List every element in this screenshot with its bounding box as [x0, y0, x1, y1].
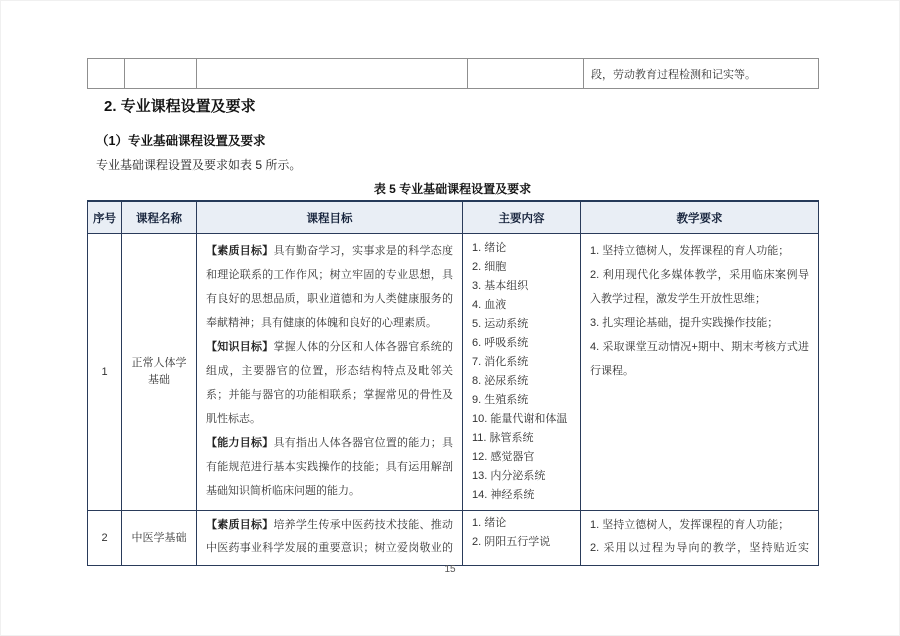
contents-list: 1. 绪论2. 阴阳五行学说: [463, 511, 580, 558]
objective-label: 【素质目标】: [206, 245, 273, 257]
requirements-cell: 1. 坚持立德树人，发挥课程的育人功能；2. 利用现代化多媒体教学，采用临床案例…: [581, 234, 819, 511]
contents-cell: 1. 绪论2. 细胞3. 基本组织4. 血液5. 运动系统6. 呼吸系统7. 消…: [463, 234, 581, 511]
content-item: 1. 绪论: [472, 239, 571, 258]
course-name-cell: 中医学基础: [122, 511, 197, 566]
content-item: 4. 血液: [472, 296, 571, 315]
requirement-item: 2. 采用以过程为导向的教学，坚持贴近实际、: [590, 537, 809, 558]
previous-table-fragment: 段，劳动教育过程检测和记实等。: [87, 58, 819, 89]
requirement-item: 2. 利用现代化多媒体教学，采用临床案例导入教学过程，激发学生开放性思维；: [590, 263, 809, 311]
content-item: 12. 感觉器官: [472, 448, 571, 467]
seq-cell: 2: [88, 511, 122, 566]
seq-cell: 1: [88, 234, 122, 511]
content-item: 13. 内分泌系统: [472, 467, 571, 486]
content-item: 3. 基本组织: [472, 277, 571, 296]
empty-cell: [468, 59, 584, 89]
requirement-item: 3. 扎实理论基础，提升实践操作技能；: [590, 311, 809, 335]
objective-text: 掌握人体的分区和人体各器官系统的组成，主要器官的位置，形态结构特点及毗邻关系；并…: [206, 341, 453, 425]
section-heading: 2. 专业课程设置及要求: [104, 95, 256, 116]
intro-paragraph: 专业基础课程设置及要求如表 5 所示。: [96, 156, 301, 173]
objective-label: 【知识目标】: [206, 341, 273, 353]
objective-label: 【能力目标】: [206, 437, 273, 449]
content-item: 2. 细胞: [472, 258, 571, 277]
previous-table-row: 段，劳动教育过程检测和记实等。: [88, 59, 819, 89]
subsection-heading: （1）专业基础课程设置及要求: [96, 131, 265, 149]
content-item: 6. 呼吸系统: [472, 334, 571, 353]
requirements-list: 1. 坚持立德树人，发挥课程的育人功能；2. 利用现代化多媒体教学，采用临床案例…: [581, 234, 818, 383]
requirement-item: 1. 坚持立德树人，发挥课程的育人功能；: [590, 514, 809, 537]
previous-table-last-cell: 段，劳动教育过程检测和记实等。: [584, 59, 819, 89]
document-page: 段，劳动教育过程检测和记实等。 2. 专业课程设置及要求 （1）专业基础课程设置…: [0, 0, 900, 636]
column-header-course: 课程名称: [122, 201, 197, 234]
requirements-cell: 1. 坚持立德树人，发挥课程的育人功能；2. 采用以过程为导向的教学，坚持贴近实…: [581, 511, 819, 566]
content-item: 10. 能量代谢和体温: [472, 410, 571, 429]
course-table: 序号 课程名称 课程目标 主要内容 教学要求 1 正常人体学基础 【素质目标】具…: [87, 200, 819, 566]
column-header-seq: 序号: [88, 201, 122, 234]
content-item: 14. 神经系统: [472, 486, 571, 505]
course-name-cell: 正常人体学基础: [122, 234, 197, 511]
content-item: 9. 生殖系统: [472, 391, 571, 410]
objective-paragraph: 【能力目标】具有指出人体各器官位置的能力；具有能规范进行基本实践操作的技能；具有…: [206, 431, 453, 503]
requirement-item: 1. 坚持立德树人，发挥课程的育人功能；: [590, 239, 809, 263]
contents-cell: 1. 绪论2. 阴阳五行学说: [463, 511, 581, 566]
contents-list: 1. 绪论2. 细胞3. 基本组织4. 血液5. 运动系统6. 呼吸系统7. 消…: [463, 234, 580, 505]
empty-cell: [88, 59, 125, 89]
column-header-requirements: 教学要求: [581, 201, 819, 234]
column-header-objectives: 课程目标: [197, 201, 463, 234]
requirements-list: 1. 坚持立德树人，发挥课程的育人功能；2. 采用以过程为导向的教学，坚持贴近实…: [581, 511, 818, 558]
objective-paragraph: 【素质目标】具有勤奋学习，实事求是的科学态度和理论联系的工作作风；树立牢固的专业…: [206, 239, 453, 335]
content-item: 8. 泌尿系统: [472, 372, 571, 391]
objective-label: 【素质目标】: [206, 519, 273, 531]
objectives-list: 【素质目标】培养学生传承中医药技术技能、推动中医药事业科学发展的重要意识；树立爱…: [197, 511, 462, 561]
content-item: 5. 运动系统: [472, 315, 571, 334]
empty-cell: [197, 59, 468, 89]
objectives-cell: 【素质目标】培养学生传承中医药技术技能、推动中医药事业科学发展的重要意识；树立爱…: [197, 511, 463, 566]
empty-cell: [125, 59, 197, 89]
table-caption: 表 5 专业基础课程设置及要求: [87, 180, 818, 197]
page-number: 15: [0, 564, 900, 575]
objectives-cell: 【素质目标】具有勤奋学习，实事求是的科学态度和理论联系的工作作风；树立牢固的专业…: [197, 234, 463, 511]
requirement-item: 4. 采取课堂互动情况+期中、期末考核方式进行课程。: [590, 335, 809, 383]
column-header-contents: 主要内容: [463, 201, 581, 234]
objective-text: 具有勤奋学习，实事求是的科学态度和理论联系的工作作风；树立牢固的专业思想，具有良…: [206, 245, 453, 329]
content-item: 7. 消化系统: [472, 353, 571, 372]
objective-paragraph: 【素质目标】培养学生传承中医药技术技能、推动中医药事业科学发展的重要意识；树立爱…: [206, 514, 453, 561]
content-item: 1. 绪论: [472, 514, 571, 533]
table-row: 2 中医学基础 【素质目标】培养学生传承中医药技术技能、推动中医药事业科学发展的…: [88, 511, 819, 566]
course-table-header-row: 序号 课程名称 课程目标 主要内容 教学要求: [88, 201, 819, 234]
content-item: 11. 脉管系统: [472, 429, 571, 448]
objective-paragraph: 【知识目标】掌握人体的分区和人体各器官系统的组成，主要器官的位置，形态结构特点及…: [206, 335, 453, 431]
content-item: 2. 阴阳五行学说: [472, 533, 571, 552]
table-row: 1 正常人体学基础 【素质目标】具有勤奋学习，实事求是的科学态度和理论联系的工作…: [88, 234, 819, 511]
objectives-list: 【素质目标】具有勤奋学习，实事求是的科学态度和理论联系的工作作风；树立牢固的专业…: [197, 234, 462, 503]
